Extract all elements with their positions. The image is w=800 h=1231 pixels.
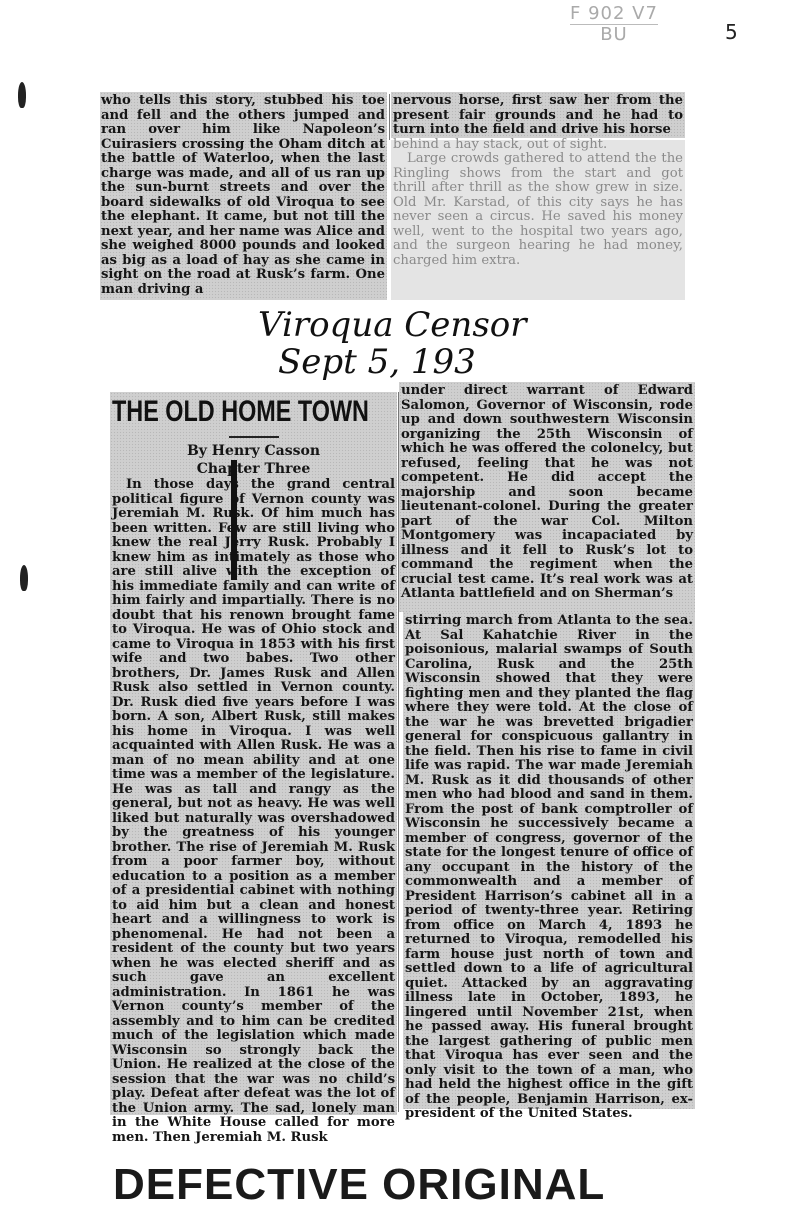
column-divider [398, 392, 399, 1112]
article-byline: By Henry Casson [112, 442, 395, 460]
paragraph: nervous horse, first saw her from the pr… [393, 94, 683, 138]
crease-defect [231, 460, 237, 580]
paragraph: behind a hay stack, out of sight. [393, 138, 683, 153]
handwritten-source: Viroqua Censor [258, 305, 527, 345]
headline-rule [229, 436, 279, 438]
call-number: F 902 V7 [570, 4, 658, 25]
article-chapter: Chapter Three [112, 460, 395, 478]
article-headline: THE OLD HOME TOWN [112, 394, 333, 430]
call-number-sub: BU [600, 24, 628, 45]
paragraph: who tells this story, stubbed his toe an… [101, 94, 385, 297]
punch-hole-mark [18, 82, 26, 108]
paragraph: In those days the grand central politica… [112, 478, 395, 1145]
top-clip-right-column: nervous horse, first saw her from the pr… [393, 94, 683, 268]
paragraph: Large crowds gathered to attend the the … [393, 152, 683, 268]
defective-original-stamp: DEFECTIVE ORIGINAL [113, 1160, 605, 1210]
page-number: 5 [725, 20, 738, 44]
punch-hole-mark [20, 565, 28, 591]
handwritten-date: Sept 5, 193 [278, 342, 476, 382]
column-divider [389, 94, 390, 140]
paragraph: under direct warrant of Edward Salomon, … [401, 384, 693, 602]
top-clip-left-column: who tells this story, stubbed his toe an… [101, 94, 385, 297]
article-left-column: THE OLD HOME TOWN By Henry Casson Chapte… [112, 394, 395, 1145]
paragraph: stirring march from Atlanta to the sea. … [405, 614, 693, 1122]
article-right-column-continued: stirring march from Atlanta to the sea. … [405, 614, 693, 1122]
article-right-column: under direct warrant of Edward Salomon, … [401, 384, 693, 602]
call-number-annotation: F 902 V7 BU [570, 4, 658, 45]
